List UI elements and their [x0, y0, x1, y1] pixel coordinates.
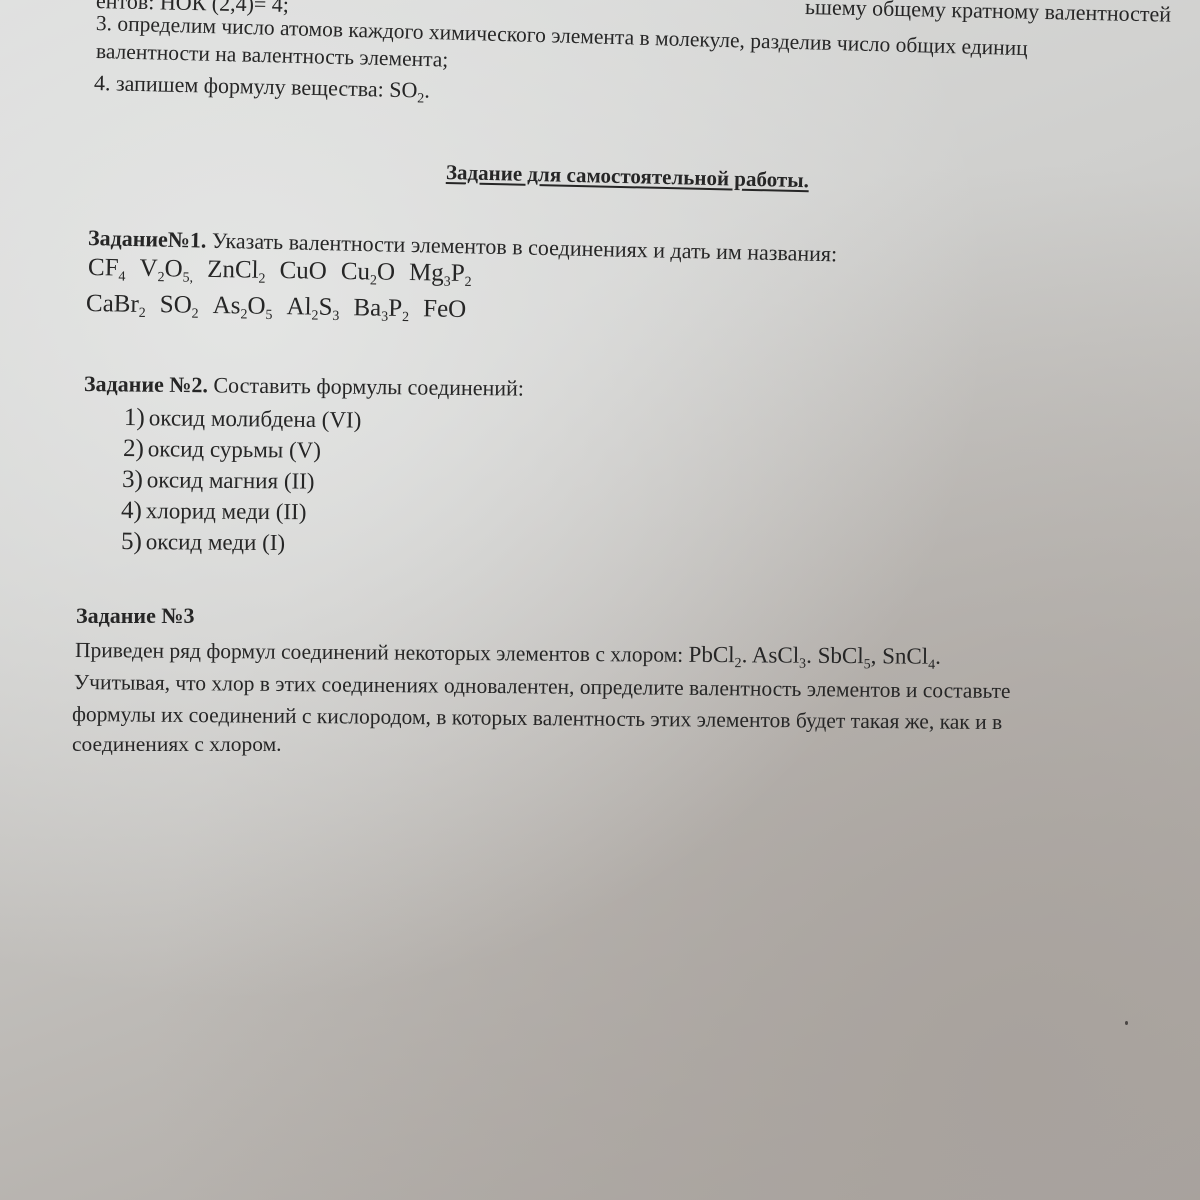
task-2-item-text: хлорид меди (II): [146, 498, 307, 524]
task-3-heading: Задание №3: [76, 603, 194, 629]
chemical-formula: SO2: [160, 291, 199, 320]
chemical-formula: CaBr2: [86, 290, 146, 319]
chemical-formula: SbCl5,: [818, 643, 883, 669]
chemical-formula: CF4: [88, 254, 126, 283]
chemical-formula: Cu2O: [341, 258, 396, 287]
task-2-item-number: 4): [121, 497, 142, 524]
chemical-formula: V2O5,: [139, 255, 193, 284]
task-2-item-number: 2): [123, 435, 144, 462]
cutoff-line-right: ьшему общему кратному валентностей: [805, 0, 1172, 28]
chemical-formula: AsCl3.: [752, 642, 818, 668]
task-1-heading: Задание№1.: [88, 225, 207, 253]
chemical-formula: FeO: [423, 295, 466, 324]
task-2-heading: Задание №2.: [84, 371, 208, 397]
task-3-line-4: соединениях с хлором.: [72, 731, 282, 757]
chemical-formula: Al2S3: [286, 293, 339, 322]
task-3-line-3: формулы их соединений с кислородом, в ко…: [72, 701, 1002, 735]
task-2-text: Составить формулы соединений:: [208, 372, 524, 400]
chemical-formula: CuO: [279, 257, 327, 286]
chemical-formula: Mg3P2: [409, 259, 472, 288]
chemical-formula: PbCl2.: [688, 642, 751, 667]
task-3-line-1: Приведен ряд формул соединений некоторых…: [75, 637, 941, 670]
task-1-formulas-row-1: CF4V2O5,ZnCl2CuOCu2OMg3P2: [88, 254, 486, 288]
task-2-item-text: оксид меди (I): [146, 529, 285, 555]
task-2-item: 2)оксид сурьмы (V): [123, 436, 321, 464]
task-3-line-1-text: Приведен ряд формул соединений некоторых…: [75, 638, 689, 667]
task-2-item-text: оксид магния (II): [147, 467, 315, 493]
task-2-item: 3)оксид магния (II): [122, 467, 315, 495]
task-2-item: 5)оксид меди (I): [121, 529, 285, 556]
step-4-text: 4. запишем формулу вещества:: [94, 70, 390, 102]
section-title: Задание для самостоятельной работы.: [446, 160, 809, 193]
task-3-line-2: Учитывая, что хлор в этих соединениях од…: [74, 669, 1011, 704]
task-2-item-text: оксид сурьмы (V): [148, 436, 321, 463]
task-2-item: 4)хлорид меди (II): [121, 498, 307, 525]
task-2-item: 1)оксид молибдена (VI): [124, 405, 362, 433]
task-2-item-number: 5): [121, 528, 142, 555]
task-1-formulas-row-2: CaBr2SO2As2O5Al2S3Ba3P2FeO: [86, 290, 481, 324]
task-3-chloride-formulas: PbCl2. AsCl3. SbCl5, SnCl4.: [688, 642, 941, 669]
step-4-formula: SO2.: [389, 77, 430, 103]
chemical-formula: Ba3P2: [353, 294, 409, 323]
chemical-formula: SnCl4.: [882, 643, 941, 668]
step-4-line: 4. запишем формулу вещества: SO2.: [94, 70, 430, 104]
chemical-formula: As2O5: [213, 292, 273, 321]
task-2-statement: Задание №2. Составить формулы соединений…: [84, 371, 524, 402]
task-2-item-text: оксид молибдена (VI): [149, 405, 362, 432]
paper-speck: [1125, 1021, 1128, 1025]
task-2-item-number: 3): [122, 466, 143, 493]
chemical-formula: ZnCl2: [207, 256, 266, 285]
worksheet-page: ентов: НОК (2,4)= 4; ьшему общему кратно…: [0, 0, 1200, 1200]
task-2-item-number: 1): [124, 404, 145, 431]
